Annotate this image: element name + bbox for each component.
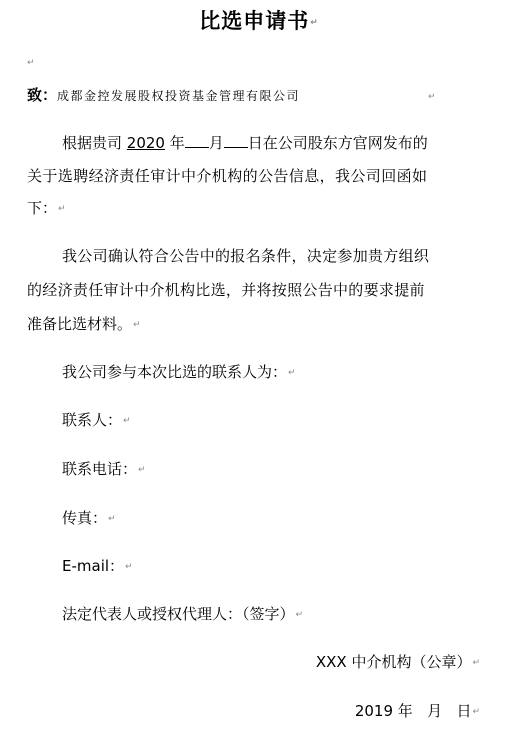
paragraph-mark-icon: ↵	[58, 204, 66, 214]
intro-line-3-text: 下：	[27, 199, 57, 217]
date-month: 月	[427, 702, 442, 720]
day-blank[interactable]	[224, 133, 248, 148]
paragraph-mark-icon: ↵	[108, 514, 116, 524]
document-title: 比选申请书↵	[0, 6, 518, 38]
email-label: E-mail：	[62, 557, 124, 575]
confirm-line-1: 我公司确认符合公告中的报名条件，决定参加贵方组织	[62, 246, 429, 266]
intro-prefix: 根据贵司	[62, 134, 122, 152]
contact-person-field[interactable]: 联系人：↵	[62, 410, 131, 431]
paragraph-mark-wrap: ↵	[427, 86, 436, 107]
day-suffix: 日在公司股东方官网发布的	[248, 134, 428, 152]
representative-field[interactable]: 法定代表人或授权代理人：（签字）↵	[62, 604, 303, 625]
paragraph-mark-icon: ↵	[472, 658, 480, 668]
recipient-line: 致：成都金控发展股权投资基金管理有限公司	[27, 85, 300, 106]
org-seal-line: XXX 中介机构（公章）↵	[316, 652, 480, 673]
paragraph-mark-icon: ↵	[428, 92, 436, 102]
month-blank[interactable]	[185, 133, 209, 148]
year-suffix: 年	[170, 134, 185, 152]
representative-label: 法定代表人或授权代理人：（签字）	[62, 605, 295, 623]
paragraph-mark-icon: ↵	[296, 610, 304, 620]
intro-line-1: 根据贵司 2020 年月日在公司股东方官网发布的	[62, 133, 428, 153]
phone-field[interactable]: 联系电话：↵	[62, 459, 146, 480]
paragraph-mark-icon: ↵	[472, 707, 480, 717]
confirm-line-2: 的经济责任审计中介机构比选，并将按照公告中的要求提前	[27, 280, 425, 300]
paragraph-mark-icon: ↵	[288, 368, 296, 378]
org-seal-text: XXX 中介机构（公章）	[316, 653, 472, 671]
email-field[interactable]: E-mail：↵	[62, 556, 133, 577]
paragraph-mark-icon: ↵	[27, 58, 35, 68]
recipient-label: 致：	[27, 86, 57, 104]
fax-field[interactable]: 传真：↵	[62, 508, 116, 529]
fax-label: 传真：	[62, 509, 107, 527]
confirm-line-3-text: 准备比选材料。	[27, 315, 132, 333]
date-day: 日	[456, 702, 471, 720]
phone-label: 联系电话：	[62, 460, 137, 478]
paragraph-mark-icon: ↵	[138, 465, 146, 475]
paragraph-mark-icon: ↵	[125, 562, 133, 572]
paragraph-mark-icon: ↵	[310, 18, 319, 28]
recipient-name: 成都金控发展股权投资基金管理有限公司	[57, 89, 300, 103]
paragraph-mark-icon: ↵	[123, 416, 131, 426]
intro-line-3: 下：↵	[27, 198, 66, 219]
contact-person-label: 联系人：	[62, 411, 122, 429]
intro-line-2: 关于选聘经济责任审计中介机构的公告信息，我公司回函如	[27, 166, 427, 186]
confirm-line-3: 准备比选材料。↵	[27, 314, 141, 335]
empty-paragraph: ↵	[26, 52, 35, 73]
year-field[interactable]: 2020	[127, 134, 165, 152]
contact-intro-text: 我公司参与本次比选的联系人为：	[62, 363, 287, 381]
date-line: 2019 年 月 日↵	[355, 701, 480, 722]
paragraph-mark-icon: ↵	[133, 320, 141, 330]
date-year: 2019 年	[355, 702, 413, 720]
contact-intro: 我公司参与本次比选的联系人为：↵	[62, 362, 296, 383]
month-suffix: 月	[209, 134, 224, 152]
